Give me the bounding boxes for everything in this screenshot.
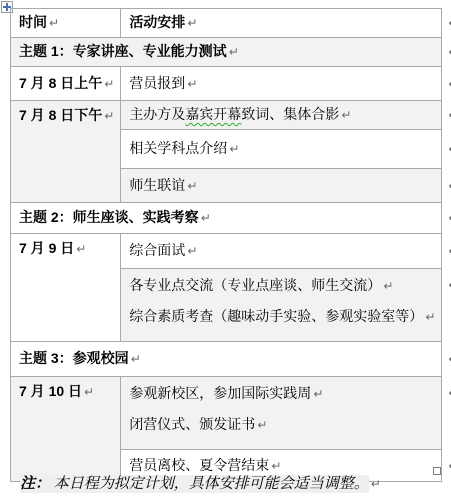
- cell-time-jul10[interactable]: 7 月 10 日↵: [11, 377, 121, 482]
- cell-discipline-intro[interactable]: 相关学科点介绍↵: [121, 130, 442, 169]
- table-row: 主题 2：师生座谈、实践考察↵ ↵: [11, 203, 451, 234]
- end-of-row-mark: ↵: [442, 130, 451, 169]
- cell-checkin[interactable]: 营员报到↵: [121, 67, 442, 101]
- end-of-cell-mark-icon: ↵: [425, 310, 435, 324]
- departure-text: 营员离校、夏令营结束: [129, 457, 269, 473]
- end-of-row-mark: ↵: [442, 269, 451, 342]
- cell-interview[interactable]: 综合面试↵: [121, 234, 442, 269]
- theme2-label: 主题 2：师生座谈、实践考察: [19, 209, 199, 225]
- end-of-cell-mark-icon: ↵: [257, 418, 267, 432]
- table-row: 7 月 8 日下午↵ 主办方及嘉宾开幕致词、集体合影↵ ↵: [11, 101, 451, 130]
- end-of-cell-mark-icon: ↵: [201, 211, 211, 225]
- end-of-row-mark: ↵: [442, 101, 451, 130]
- jul9-time: 7 月 9 日: [19, 240, 74, 256]
- visit-paragraph: 参观新校区，参加国际实践周↵: [129, 385, 435, 403]
- cell-time-jul8am[interactable]: 7 月 8 日上午↵: [11, 67, 121, 101]
- end-of-paragraph-mark-icon: ↵: [371, 477, 381, 491]
- footnote[interactable]: 注： 本日程为拟定计划，具体安排可能会适当调整。↵: [20, 474, 445, 494]
- end-of-cell-mark-icon: ↵: [104, 109, 114, 123]
- assessment-paragraph: 综合素质考查（趣味动手实验、参观实验室等）↵: [129, 308, 435, 326]
- spellcheck-flagged-text: 嘉宾开幕: [185, 106, 241, 122]
- header-activity-label: 活动安排: [129, 14, 185, 30]
- end-of-cell-mark-icon: ↵: [187, 179, 197, 193]
- jul8pm-time: 7 月 8 日下午: [19, 107, 102, 123]
- jul10-time: 7 月 10 日: [19, 383, 82, 399]
- opening-text-post: 致词、集体合影: [241, 106, 339, 122]
- end-of-row-mark: ↵: [442, 38, 451, 67]
- document-page: 时间↵ 活动安排↵ ↵ 主题 1：专家讲座、专业能力测试↵ ↵ 7 月 8 日上…: [0, 0, 451, 501]
- end-of-row-mark: ↵: [442, 377, 451, 450]
- end-of-cell-mark-icon: ↵: [49, 16, 59, 30]
- schedule-table: 时间↵ 活动安排↵ ↵ 主题 1：专家讲座、专业能力测试↵ ↵ 7 月 8 日上…: [10, 8, 451, 482]
- theme1-cell[interactable]: 主题 1：专家讲座、专业能力测试↵: [11, 38, 442, 67]
- end-of-cell-mark-icon: ↵: [187, 244, 197, 258]
- cell-opening-ceremony[interactable]: 主办方及嘉宾开幕致词、集体合影↵: [121, 101, 442, 130]
- social-text: 师生联谊: [129, 177, 185, 193]
- end-of-cell-mark-icon: ↵: [341, 108, 351, 122]
- cell-time-jul9[interactable]: 7 月 9 日↵: [11, 234, 121, 342]
- end-of-cell-mark-icon: ↵: [84, 385, 94, 399]
- exchange-paragraph: 各专业点交流（专业点座谈、师生交流）↵: [129, 277, 435, 295]
- header-time-label: 时间: [19, 14, 47, 30]
- end-of-cell-mark-icon: ↵: [187, 16, 197, 30]
- theme3-label: 主题 3：参观校园: [19, 350, 129, 366]
- end-of-cell-mark-icon: ↵: [229, 142, 239, 156]
- header-cell-time[interactable]: 时间↵: [11, 9, 121, 38]
- end-of-cell-mark-icon: ↵: [229, 45, 239, 59]
- theme1-label: 主题 1：专家讲座、专业能力测试: [19, 43, 227, 59]
- end-of-row-mark: ↵: [442, 342, 451, 377]
- end-of-row-mark: ↵: [442, 169, 451, 203]
- jul8am-time: 7 月 8 日上午: [19, 75, 102, 91]
- closing-text: 闭营仪式、颁发证书: [129, 416, 255, 432]
- assessment-text: 综合素质考查（趣味动手实验、参观实验室等）: [129, 308, 423, 324]
- footnote-body: 本日程为拟定计划，具体安排可能会适当调整。: [54, 476, 369, 492]
- end-of-row-mark: ↵: [442, 9, 451, 38]
- table-row: 主题 1：专家讲座、专业能力测试↵ ↵: [11, 38, 451, 67]
- end-of-row-mark: ↵: [442, 203, 451, 234]
- end-of-row-mark: ↵: [442, 234, 451, 269]
- footnote-prefix: 注：: [20, 476, 50, 492]
- end-of-cell-mark-icon: ↵: [76, 242, 86, 256]
- cell-visit-closing[interactable]: 参观新校区，参加国际实践周↵ 闭营仪式、颁发证书↵: [121, 377, 442, 450]
- end-of-cell-mark-icon: ↵: [313, 387, 323, 401]
- checkin-text: 营员报到: [129, 75, 185, 91]
- table-row: 主题 3：参观校园↵ ↵: [11, 342, 451, 377]
- exchange-text: 各专业点交流（专业点座谈、师生交流）: [129, 277, 381, 293]
- table-row: 时间↵ 活动安排↵ ↵: [11, 9, 451, 38]
- end-of-row-mark: ↵: [442, 67, 451, 101]
- end-of-cell-mark-icon: ↵: [104, 77, 114, 91]
- discipline-intro-text: 相关学科点介绍: [129, 140, 227, 156]
- cell-social[interactable]: 师生联谊↵: [121, 169, 442, 203]
- table-row: 7 月 10 日↵ 参观新校区，参加国际实践周↵ 闭营仪式、颁发证书↵ ↵: [11, 377, 451, 450]
- table-row: 7 月 8 日上午↵ 营员报到↵ ↵: [11, 67, 451, 101]
- table-row: 7 月 9 日↵ 综合面试↵ ↵: [11, 234, 451, 269]
- cell-exchange-assessment[interactable]: 各专业点交流（专业点座谈、师生交流）↵ 综合素质考查（趣味动手实验、参观实验室等…: [121, 269, 442, 342]
- interview-text: 综合面试: [129, 242, 185, 258]
- theme2-cell[interactable]: 主题 2：师生座谈、实践考察↵: [11, 203, 442, 234]
- end-of-cell-mark-icon: ↵: [383, 279, 393, 293]
- end-of-cell-mark-icon: ↵: [131, 352, 141, 366]
- theme3-cell[interactable]: 主题 3：参观校园↵: [11, 342, 442, 377]
- cell-time-jul8pm[interactable]: 7 月 8 日下午↵: [11, 101, 121, 203]
- closing-paragraph: 闭营仪式、颁发证书↵: [129, 416, 435, 434]
- end-of-cell-mark-icon: ↵: [187, 77, 197, 91]
- end-of-cell-mark-icon: ↵: [271, 459, 281, 473]
- header-cell-activity[interactable]: 活动安排↵: [121, 9, 442, 38]
- opening-text-pre: 主办方及: [129, 106, 185, 122]
- visit-text: 参观新校区，参加国际实践周: [129, 385, 311, 401]
